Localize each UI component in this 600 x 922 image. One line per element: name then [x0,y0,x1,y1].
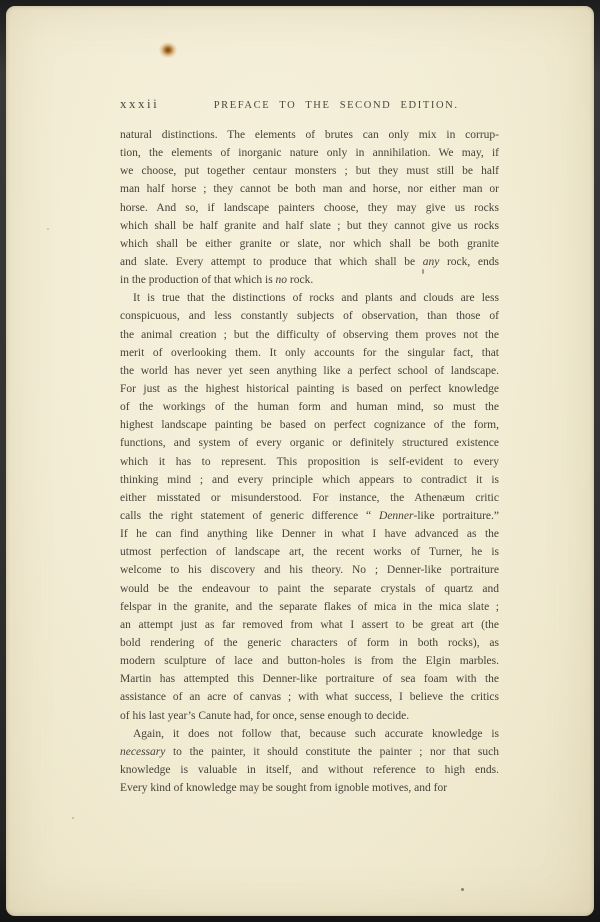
text-line: of the workings of the human form and hu… [120,398,499,416]
text-line: welcome to his discovery and his theory.… [120,561,499,579]
text-line: of his last year’s Canute had, for once,… [120,707,499,725]
stain-spot [159,42,177,58]
text-line: It is true that the distinctions of rock… [120,289,499,307]
text-line: which shall be half granite and half sla… [120,217,499,235]
text-line: utmost perfection of landscape art, the … [120,543,499,561]
ink-speck [72,817,74,819]
text-line: would be the endeavour to paint the sepa… [120,580,499,598]
text-line: tion, the elements of inorganic nature o… [120,144,499,162]
text-line: in the production of that which is no ro… [120,271,499,289]
page-number: xxxii [120,96,159,112]
text-line: necessary to the painter, it should cons… [120,743,499,761]
text-line: modern sculpture of lace and button-hole… [120,652,499,670]
text-line: bold rendering of the generic characters… [120,634,499,652]
text-line: highest landscape painting be based on p… [120,416,499,434]
text-line: the world has never yet seen anything li… [120,362,499,380]
scan-frame: xxxii PREFACE TO THE SECOND EDITION. nat… [0,0,600,922]
text-line: we choose, put together centaur monsters… [120,162,499,180]
text-line: thinking mind ; and every principle whic… [120,471,499,489]
text-line: and slate. Every attempt to produce that… [120,253,499,271]
page-header: xxxii PREFACE TO THE SECOND EDITION. [120,96,499,112]
text-line: Martin has attempted this Denner-like po… [120,670,499,688]
text-line: either misstated or misunderstood. For i… [120,489,499,507]
text-line: natural distinctions. The elements of br… [120,126,499,144]
text-line: which it has to represent. This proposit… [120,453,499,471]
text-line: felspar in the granite, and the separate… [120,598,499,616]
ink-speck [461,888,464,891]
text-line: man half horse ; they cannot be both man… [120,180,499,198]
text-line: which shall be either granite or slate, … [120,235,499,253]
text-line: For just as the highest historical paint… [120,380,499,398]
text-line: conspicuous, and less constantly subject… [120,307,499,325]
book-page: xxxii PREFACE TO THE SECOND EDITION. nat… [6,6,594,916]
text-line: the animal creation ; but the difficulty… [120,326,499,344]
text-line: Every kind of knowledge may be sought fr… [120,779,499,797]
text-line: calls the right statement of generic dif… [120,507,499,525]
text-line: assistance of an acre of canvas ; with w… [120,688,499,706]
ink-speck [47,228,49,230]
text-line: knowledge is valuable in itself, and wit… [120,761,499,779]
text-line: merit of overlooking them. It only accou… [120,344,499,362]
text-line: functions, and system of every organic o… [120,434,499,452]
text-line: horse. And so, if landscape painters cho… [120,199,499,217]
ink-speck [422,269,424,274]
text-line: Again, it does not follow that, because … [120,725,499,743]
text-line: If he can find anything like Denner in w… [120,525,499,543]
running-head: PREFACE TO THE SECOND EDITION. [159,100,499,111]
text-block: natural distinctions. The elements of br… [120,126,499,797]
text-line: an attempt just as far removed from what… [120,616,499,634]
